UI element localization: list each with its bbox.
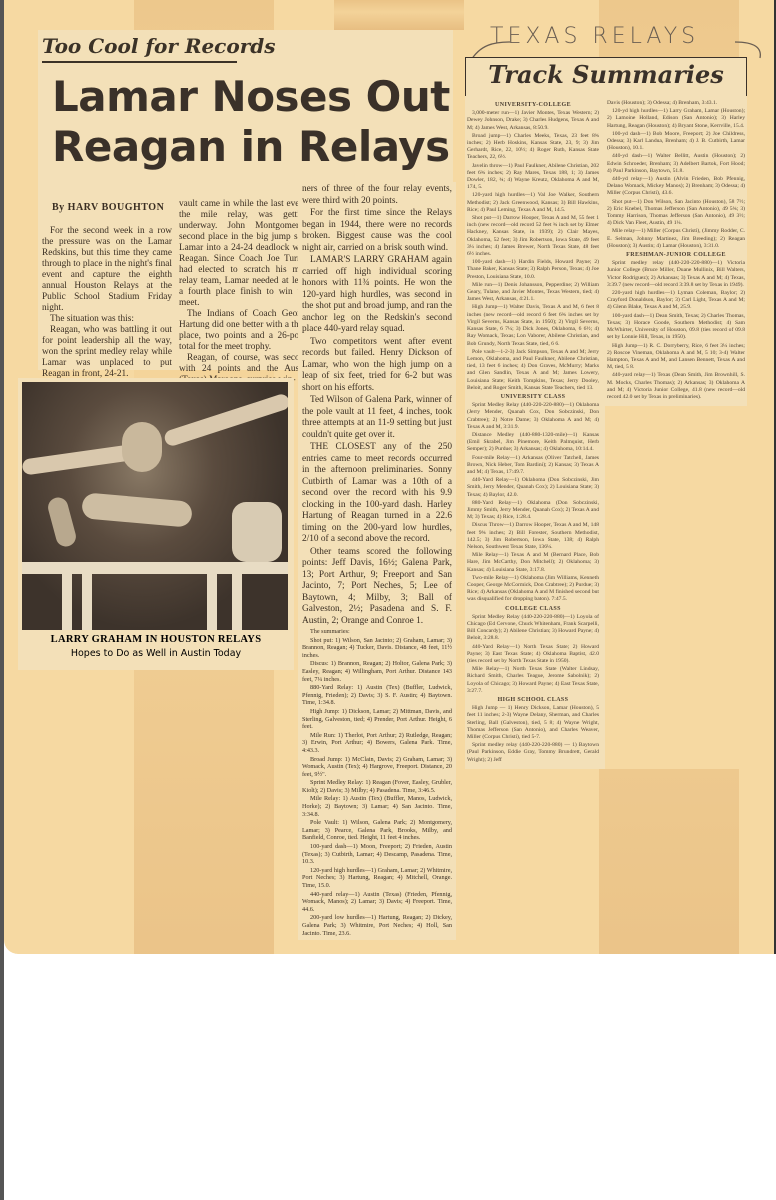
paragraph: vault came in while the last event, the …: [179, 199, 309, 309]
paragraph: Other teams scored the following points:…: [302, 547, 452, 628]
article-column-3: ners of three of the four relay events, …: [298, 182, 456, 940]
result-entry: Pole Vault: 1) Wilson, Galena Park; 2) M…: [302, 819, 452, 842]
hurdle-bar: [22, 562, 288, 574]
result-entry: Sprint Medley Relay: 1) Reagan (Fover, E…: [302, 779, 452, 794]
result-entry: Sprint medley relay (440-220-220-880) — …: [467, 742, 599, 764]
summaries-right-column: Davis (Houston); 3) Odessa; 4) Brenham, …: [607, 100, 745, 402]
result-entry: Mile Relay: 1) Austin (Tex) (Buffler, Ma…: [302, 795, 452, 818]
result-entry: 120-yd high hurdles—1) Larry Graham, Lam…: [607, 108, 745, 130]
result-entry: Sprint Medley Relay (440-220-220-880)—1)…: [467, 614, 599, 643]
result-entry: High Jump — 1) Henry Dickson, Lamar (Hou…: [467, 705, 599, 741]
result-entry: 100-yd dash—1) Bob Moore, Freeport; 2) J…: [607, 131, 745, 153]
result-entry: Sprint medley relay (440-220-220-880)—1)…: [607, 260, 745, 289]
result-entry: 100-yard dash—1) Moon, Freeport; 2) Frie…: [302, 843, 452, 866]
summaries-left-column: UNIVERSITY-COLLEGE 3,000-meter run—1) Ja…: [467, 100, 599, 765]
result-entry: Sprint Medley Relay (440-220-220-880)—1)…: [467, 402, 599, 431]
section-heading: COLLEGE CLASS: [467, 606, 599, 613]
result-entry: 440-yard relay—1) Texas (Dean Smith, Jim…: [607, 372, 745, 401]
article-column-2: vault came in while the last event, the …: [179, 199, 309, 386]
paragraph: The Indians of Coach George Hartung did …: [179, 309, 309, 353]
result-entry: Shot put: 1) Wilson, San Jacinto; 2) Gra…: [302, 637, 452, 660]
result-entry: 440-Yard Relay—1) North Texas State; 2) …: [467, 644, 599, 666]
result-entry: Discus: 1) Brannon, Reagan; 2) Holtor, G…: [302, 660, 452, 683]
track-summaries-clipping: Track Summaries UNIVERSITY-COLLEGE 3,000…: [465, 57, 747, 769]
result-entry: High Jump: 1) Dickson, Lamar; 2) Mittman…: [302, 708, 452, 731]
result-entry: 100-yard dash—1) Dean Smith, Texas; 2) C…: [607, 313, 745, 342]
hurdler-photo: [22, 382, 288, 630]
result-entry: Broad Jump: 1) McClain, Davis; 2) Graham…: [302, 756, 452, 779]
result-entry: 880-Yard Relay: 1) Austin (Tex) (Buffler…: [302, 684, 452, 707]
section-heading: UNIVERSITY CLASS: [467, 394, 599, 401]
result-entry: 440-yard relay—1) Austin (Texas) (Friede…: [302, 891, 452, 914]
tape-stain: [334, 0, 464, 30]
article-byline: By HARV BOUGHTON: [52, 202, 164, 213]
paragraph: Reagan, who was battling it out for poin…: [42, 325, 172, 380]
paragraph: For the first time since the Relays bega…: [302, 208, 452, 254]
photo-caption-subtitle: Hopes to Do as Well in Austin Today: [18, 648, 294, 659]
result-entry: 3,000-meter run—1) Javier Montes, Texas …: [467, 110, 599, 132]
result-entry: Shot put—1) Don Wilson, San Jacinto (Hou…: [607, 199, 745, 228]
result-entry: 440-yd dash—1) Walter Bellitt, Austin (H…: [607, 153, 745, 175]
article-kicker: Too Cool for Records: [42, 34, 237, 63]
result-entry: 120-yard high hurdles—1) Graham, Lamar; …: [302, 867, 452, 890]
summaries-right-backing: [605, 406, 749, 769]
result-entry: Davis (Houston); 3) Odessa; 4) Brenham, …: [607, 100, 745, 107]
result-entry: Distance Medley (440-880-1320-mile)—1) K…: [467, 432, 599, 454]
result-entry: 440-yd relay—1) Austin (Alvin Frieden, B…: [607, 176, 745, 198]
result-entry: High Jump—1) R. C. Dorryberry, Rice, 6 f…: [607, 343, 745, 372]
handwritten-label: TEXAS RELAYS: [490, 24, 699, 49]
section-heading: FRESHMAN-JUNIOR COLLEGE: [607, 252, 745, 259]
photo-clipping: LARRY GRAHAM IN HOUSTON RELAYS Hopes to …: [18, 378, 294, 670]
result-entry: 200-yard low hurdles—1) Hartung, Reagan;…: [302, 914, 452, 937]
article-headline: Lamar Noses Out Reagan in Relays: [52, 72, 452, 172]
paragraph: Two competitors went after event records…: [302, 337, 452, 395]
section-heading: HIGH SCHOOL CLASS: [467, 697, 599, 704]
paragraph: THE CLOSEST any of the 250 entries came …: [302, 442, 452, 546]
result-entry: Discus Throw—1) Darrow Hooper, Texas A a…: [467, 522, 599, 551]
section-heading: UNIVERSITY-COLLEGE: [467, 102, 599, 109]
result-entry: 120-yard high hurdles—1) Val Joe Walker,…: [467, 192, 599, 214]
result-entry: Broad jump—1) Charles Meeks, Texas, 23 f…: [467, 133, 599, 162]
article-column-1: For the second week in a row the pressur…: [42, 226, 172, 391]
result-entry: Four-mile Relay—1) Arkansas (Oliver Tatc…: [467, 455, 599, 477]
result-entry: 220-yard high hurdles—1) Lyman Coleman, …: [607, 290, 745, 312]
paragraph: The situation was this:: [42, 314, 172, 325]
result-entry: Mile Relay—1) North Texas State (Walter …: [467, 666, 599, 695]
paragraph: Ted Wilson of Galena Park, winner of the…: [302, 395, 452, 441]
result-entry: 880-Yard Relay—1) Oklahoma (Don Sobczins…: [467, 500, 599, 522]
result-entry: Javelin throw—1) Paul Faulkner, Abilene …: [467, 163, 599, 192]
photo-caption-title: LARRY GRAHAM IN HOUSTON RELAYS: [18, 634, 294, 645]
paragraph: For the second week in a row the pressur…: [42, 226, 172, 314]
result-entry: High Jump—1) Walter Davis, Texas A and M…: [467, 304, 599, 347]
summaries-title: Track Summaries: [465, 60, 747, 89]
result-entry: 440-Yard Relay—1) Oklahoma (Don Sobczins…: [467, 477, 599, 499]
result-entry: Mile Run: 1) Therlot, Port Arthur; 2) Ru…: [302, 732, 452, 755]
result-entry: Pole vault—1-2-3) Jack Simpson, Texas A …: [467, 349, 599, 392]
result-entry: Two-mile Relay—1) Oklahoma (Jim Williams…: [467, 575, 599, 604]
result-entry: 100-yard dash—1) Hardin Fields, Howard P…: [467, 259, 599, 281]
result-entry: Shot put—1) Darrow Hooper, Texas A and M…: [467, 215, 599, 258]
paragraph: ners of three of the four relay events, …: [302, 184, 452, 207]
result-entry: Mile relay—1) Miller (Corpus Christi), (…: [607, 228, 745, 250]
result-entry: Mile Relay—1) Texas A and M (Bernard Pla…: [467, 552, 599, 574]
paragraph: LAMAR'S LARRY GRAHAM again carried off h…: [302, 255, 452, 336]
summary-label: The summaries:: [302, 628, 452, 636]
result-entry: Mile run—1) Denis Johansson, Pepperdine;…: [467, 282, 599, 304]
results-summary: The summaries: Shot put: 1) Wilson, San …: [302, 628, 452, 937]
